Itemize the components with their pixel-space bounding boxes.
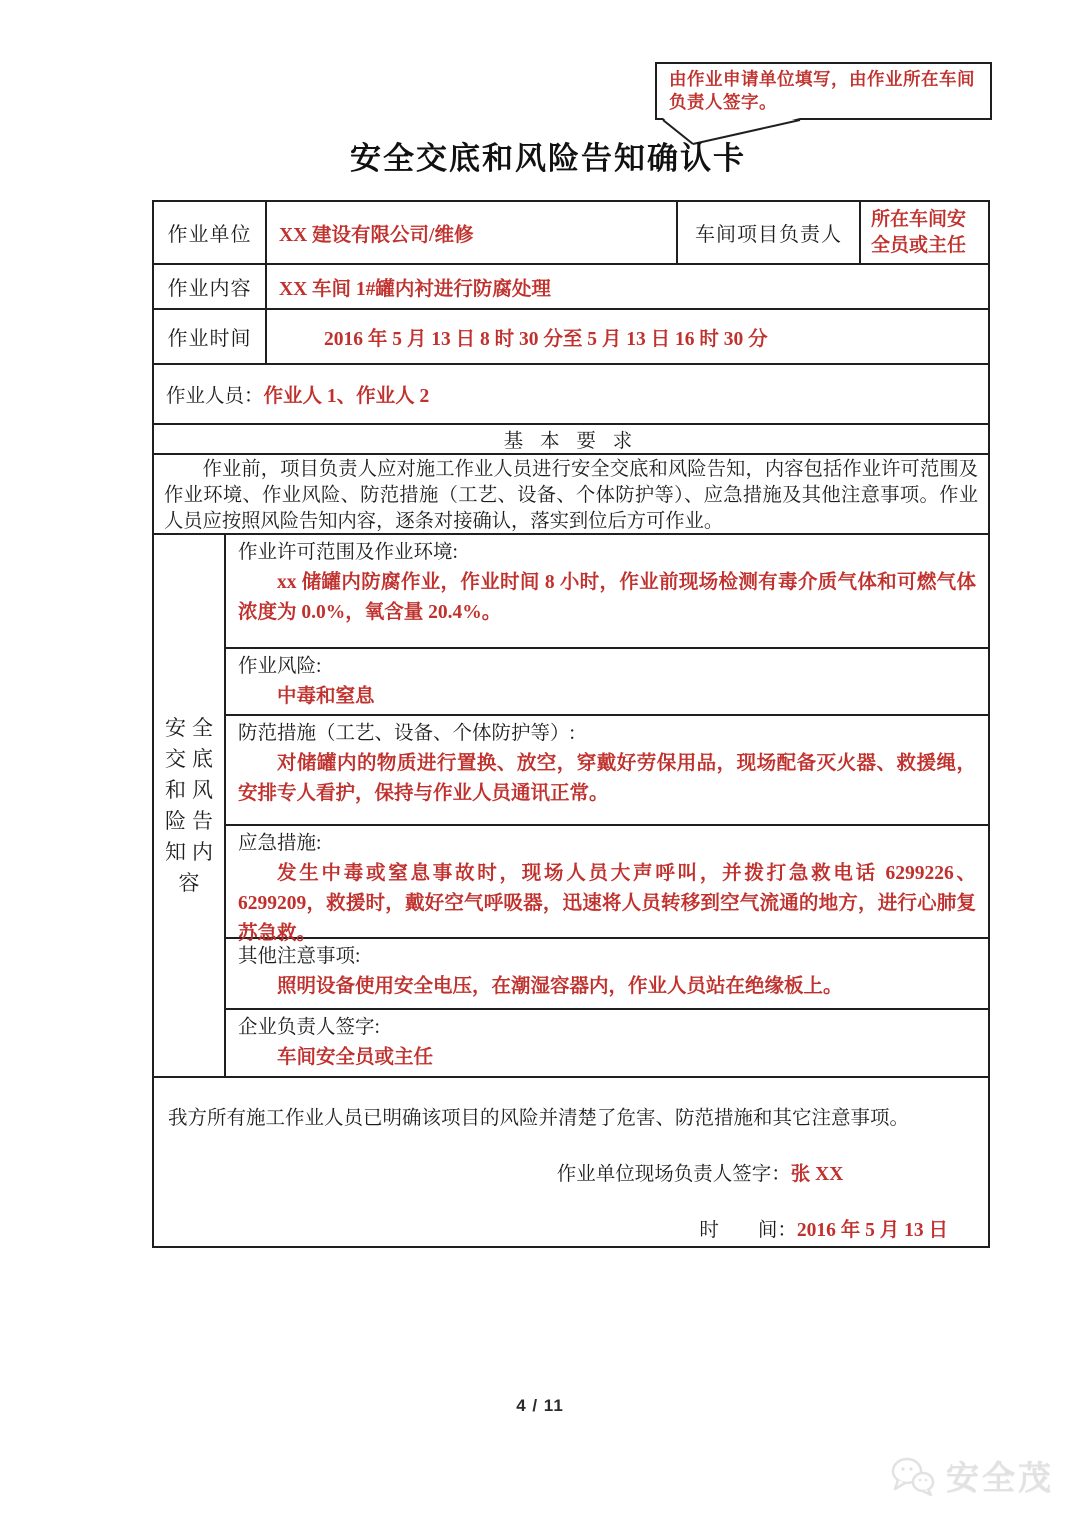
work-time-value: 2016 年 5 月 13 日 8 时 30 分至 5 月 13 日 16 时 …	[267, 310, 988, 363]
block-work-risk-label: 作业风险:	[238, 653, 976, 680]
workshop-manager-value: 所在车间安全员或主任	[861, 202, 988, 263]
signature-date-value: 2016 年 5 月 13 日	[797, 1220, 948, 1241]
work-content-label: 作业内容	[154, 265, 267, 308]
work-unit-label: 作业单位	[154, 202, 267, 263]
workers-value: 作业人 1、作业人 2	[264, 380, 430, 408]
work-time-label: 作业时间	[154, 310, 267, 363]
workers-label: 作业人员：	[166, 380, 264, 408]
work-unit-value: XX 建设有限公司/维修	[267, 202, 678, 263]
block-emergency-measures-value: 发生中毒或窒息事故时，现场人员大声呼叫，并拨打急救电话 6299226、6299…	[238, 859, 976, 949]
block-permit-scope: 作业许可范围及作业环境: xx 储罐内防腐作业，作业时间 8 小时，作业前现场检…	[226, 535, 988, 649]
chat-bubbles-icon	[890, 1456, 936, 1496]
signature-date-label: 时 间：	[699, 1220, 797, 1241]
site-manager-signature-value: 张 XX	[791, 1164, 844, 1185]
block-other-notes: 其他注意事项: 照明设备使用安全电压，在潮湿容器内，作业人员站在绝缘板上。	[226, 939, 988, 1011]
watermark-text: 安全茂	[946, 1452, 1054, 1499]
row-workers: 作业人员： 作业人 1、作业人 2	[154, 365, 988, 425]
block-company-signature: 企业负责人签字: 车间安全员或主任	[226, 1010, 988, 1076]
block-permit-scope-label: 作业许可范围及作业环境:	[238, 539, 976, 566]
block-company-signature-label: 企业负责人签字:	[238, 1014, 976, 1041]
block-preventive-measures: 防范措施（工艺、设备、个体防护等）: 对储罐内的物质进行置换、放空，穿戴好劳保用…	[226, 716, 988, 825]
site-manager-signature-label: 作业单位现场负责人签字：	[557, 1164, 791, 1185]
document-page: 由作业申请单位填写，由作业所在车间负责人签字。 安全交底和风险告知确认卡 作业单…	[0, 0, 1080, 1527]
disclosure-side-label: 安全 交底 和风 险告 知内 容	[154, 535, 226, 1076]
callout-text: 由作业申请单位填写，由作业所在车间负责人签字。	[669, 69, 975, 112]
row-disclosure: 安全 交底 和风 险告 知内 容 作业许可范围及作业环境: xx 储罐内防腐作业…	[154, 535, 988, 1078]
block-company-signature-value: 车间安全员或主任	[238, 1043, 976, 1073]
confirmation-card-table: 作业单位 XX 建设有限公司/维修 车间项目负责人 所在车间安全员或主任 作业内…	[152, 200, 990, 1248]
block-work-risk: 作业风险: 中毒和窒息	[226, 649, 988, 716]
signature-date-line: 时 间：2016 年 5 月 13 日	[168, 1214, 974, 1242]
block-preventive-measures-label: 防范措施（工艺、设备、个体防护等）:	[238, 720, 976, 747]
row-confirmation: 我方所有施工作业人员已明确该项目的风险并清楚了危害、防范措施和其它注意事项。 作…	[154, 1078, 988, 1246]
page-number: 4 / 11	[0, 1396, 1080, 1416]
basic-requirements-title: 基 本 要 求	[504, 425, 639, 453]
watermark: 安全茂	[890, 1452, 1054, 1499]
block-work-risk-value: 中毒和窒息	[238, 682, 976, 712]
basic-requirements-body: 作业前，项目负责人应对施工作业人员进行安全交底和风险告知，内容包括作业许可范围及…	[154, 455, 988, 535]
confirmation-statement: 我方所有施工作业人员已明确该项目的风险并清楚了危害、防范措施和其它注意事项。	[168, 1105, 974, 1132]
basic-requirements-header: 基 本 要 求	[154, 425, 988, 455]
block-emergency-measures-label: 应急措施:	[238, 830, 976, 857]
disclosure-blocks: 作业许可范围及作业环境: xx 储罐内防腐作业，作业时间 8 小时，作业前现场检…	[226, 535, 988, 1076]
work-content-value: XX 车间 1#罐内衬进行防腐处理	[267, 265, 988, 308]
block-emergency-measures: 应急措施: 发生中毒或窒息事故时，现场人员大声呼叫，并拨打急救电话 629922…	[226, 826, 988, 939]
callout-note: 由作业申请单位填写，由作业所在车间负责人签字。	[655, 62, 992, 120]
block-other-notes-value: 照明设备使用安全电压，在潮湿容器内，作业人员站在绝缘板上。	[238, 972, 976, 1002]
page-title: 安全交底和风险告知确认卡	[152, 133, 990, 178]
site-manager-signature-line: 作业单位现场负责人签字：张 XX	[168, 1158, 974, 1186]
row-work-content: 作业内容 XX 车间 1#罐内衬进行防腐处理	[154, 265, 988, 310]
block-permit-scope-value: xx 储罐内防腐作业，作业时间 8 小时，作业前现场检测有毒介质气体和可燃气体浓…	[238, 568, 976, 628]
row-work-unit: 作业单位 XX 建设有限公司/维修 车间项目负责人 所在车间安全员或主任	[154, 202, 988, 265]
block-preventive-measures-value: 对储罐内的物质进行置换、放空，穿戴好劳保用品，现场配备灭火器、救援绳，安排专人看…	[238, 749, 976, 809]
row-work-time: 作业时间 2016 年 5 月 13 日 8 时 30 分至 5 月 13 日 …	[154, 310, 988, 365]
block-other-notes-label: 其他注意事项:	[238, 943, 976, 970]
basic-requirements-text: 作业前，项目负责人应对施工作业人员进行安全交底和风险告知，内容包括作业许可范围及…	[164, 457, 978, 531]
workshop-manager-label: 车间项目负责人	[678, 202, 861, 263]
